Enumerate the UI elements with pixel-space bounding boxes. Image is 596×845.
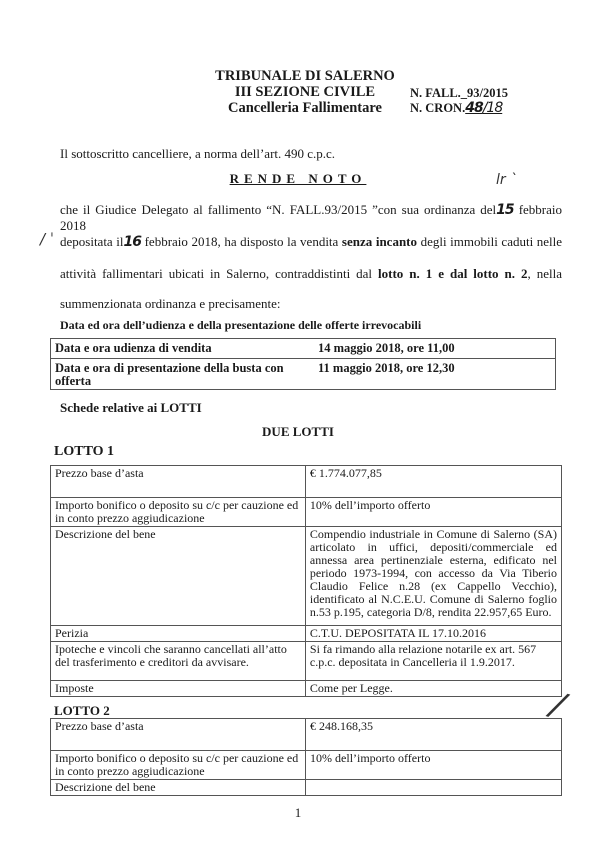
lot-label: Importo bonifico o deposito su c/c per c…: [51, 751, 306, 780]
dates-table: Data e ora udienza di vendita 14 maggio …: [50, 338, 556, 390]
table-row: Importo bonifico o deposito su c/c per c…: [51, 498, 562, 527]
court-section: III SEZIONE CIVILE: [200, 84, 410, 100]
lot-value: 10% dell’importo offerto: [306, 751, 562, 780]
lot-value: 10% dell’importo offerto: [305, 498, 561, 527]
lot-value: Compendio industriale in Comune di Saler…: [305, 527, 561, 626]
lot-label: Prezzo base d’asta: [51, 719, 306, 751]
cron-handwritten: 48/18: [465, 100, 502, 116]
lot-value: € 248.168,35: [306, 719, 562, 751]
case-reference: N. FALL._93/2015 N. CRON.48/18: [410, 86, 508, 116]
lot-value: Come per Legge.: [305, 681, 561, 697]
table-row: Descrizione del bene Compendio industria…: [51, 527, 562, 626]
body-line-1: che il Giudice Delegato al fallimento “N…: [60, 202, 562, 234]
lot-label: Importo bonifico o deposito su c/c per c…: [51, 498, 306, 527]
lot-value: C.T.U. DEPOSITATA IL 17.10.2016: [305, 626, 561, 642]
court-name: TRIBUNALE DI SALERNO: [200, 68, 410, 84]
lot-label: Descrizione del bene: [51, 780, 306, 796]
dates-value: 14 maggio 2018, ore 11,00: [314, 339, 556, 359]
lots-heading: Schede relative ai LOTTI: [60, 400, 202, 416]
body-line-3: attività fallimentari ubicati in Salerno…: [60, 266, 562, 282]
handwritten-day-deposit: 16: [124, 234, 141, 250]
dates-label: Data e ora di presentazione della busta …: [51, 359, 315, 390]
margin-mark-left: / ˈ: [40, 230, 54, 248]
lot-label: Prezzo base d’asta: [51, 466, 306, 498]
lots-count: DUE LOTTI: [0, 424, 596, 440]
lotto1-title: LOTTO 1: [54, 444, 114, 460]
lot-value: [306, 780, 562, 796]
table-row: Prezzo base d’asta € 1.774.077,85: [51, 466, 562, 498]
handwritten-initials: lr ˋ: [496, 172, 517, 188]
body-line-2: depositata il16 febbraio 2018, ha dispos…: [60, 234, 562, 250]
lot-value: Si fa rimando alla relazione notarile ex…: [305, 642, 561, 681]
table-row: Data e ora udienza di vendita 14 maggio …: [51, 339, 556, 359]
table-row: Prezzo base d’asta € 248.168,35: [51, 719, 562, 751]
table-row: Ipoteche e vincoli che saranno cancellat…: [51, 642, 562, 681]
table-row: Perizia C.T.U. DEPOSITATA IL 17.10.2016: [51, 626, 562, 642]
court-header: TRIBUNALE DI SALERNO III SEZIONE CIVILE …: [200, 68, 410, 116]
lot-value: € 1.774.077,85: [305, 466, 561, 498]
table-row: Data e ora di presentazione della busta …: [51, 359, 556, 390]
lotto2-title: LOTTO 2: [54, 703, 110, 719]
court-office: Cancelleria Fallimentare: [200, 100, 410, 116]
cron-number: N. CRON.48/18: [410, 101, 508, 116]
lotto2-table: Prezzo base d’asta € 248.168,35 Importo …: [50, 718, 562, 796]
dates-label: Data e ora udienza di vendita: [51, 339, 315, 359]
dates-title: Data ed ora dell’udienza e della present…: [60, 317, 421, 333]
table-row: Imposte Come per Legge.: [51, 681, 562, 697]
lot-label: Imposte: [51, 681, 306, 697]
dates-value: 11 maggio 2018, ore 12,30: [314, 359, 556, 390]
lot-label: Descrizione del bene: [51, 527, 306, 626]
lot-label: Perizia: [51, 626, 306, 642]
page-number: 1: [0, 805, 596, 821]
table-row: Descrizione del bene: [51, 780, 562, 796]
intro-text: Il sottoscritto cancelliere, a norma del…: [60, 146, 335, 162]
lotto1-table: Prezzo base d’asta € 1.774.077,85 Import…: [50, 465, 562, 697]
body-line-4: summenzionata ordinanza e precisamente:: [60, 296, 281, 312]
lot-label: Ipoteche e vincoli che saranno cancellat…: [51, 642, 306, 681]
table-row: Importo bonifico o deposito su c/c per c…: [51, 751, 562, 780]
fall-number: N. FALL._93/2015: [410, 86, 508, 101]
handwritten-day-ordinance: 15: [496, 202, 513, 218]
